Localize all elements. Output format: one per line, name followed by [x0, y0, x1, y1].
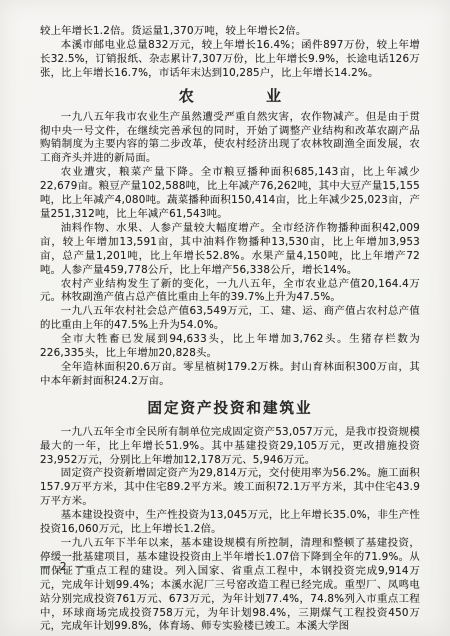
paragraph-productive-investment: 基本建设投资中，生产性投资为13,045万元，比上年增长35.0%，非生产性投资… — [40, 509, 420, 537]
scanned-document-page: 较上年增长1.2倍。货运量1,370万吨，较上年增长2倍。 本溪市邮电业总量83… — [0, 0, 450, 636]
paragraph-rural-structure: 农村产业结构发生了新的变化，一九八五年，全市农业总产值20,164.4万元。林牧… — [40, 278, 420, 306]
page-body-text: 较上年增长1.2倍。货运量1,370万吨，较上年增长2倍。 本溪市邮电业总量83… — [40, 25, 420, 634]
page-number: — 2 — — [40, 561, 89, 573]
paragraph-afforestation: 全年造林面积20.6万亩。零星植树179.2万株。封山育林面积300万亩，其中本… — [40, 361, 420, 389]
section-heading-fixed-investment: 固定资产投资和建筑业 — [40, 400, 420, 419]
paragraph-cash-crops: 油料作物、水果、人参产量较大幅度增产。全市经济作物播种面积42,009亩，较上年… — [40, 222, 420, 278]
paragraph-postal-telecom: 本溪市邮电业总量832万元，较上年增长16.4%；函件897万份，较上年增长32… — [40, 39, 420, 81]
paragraph-agriculture-overview: 一九八五年我市农业生产虽然遭受严重自然灾害，农作物减产。但是由于贯彻中央一号文件… — [40, 111, 420, 167]
paragraph-grain-output: 农业遭灾，粮菜产量下降。全市粮豆播种面积685,143亩，比上年减少22,679… — [40, 166, 420, 222]
paragraph-new-fixed-assets: 固定资产投资新增固定资产为29,814万元，交付使用率为56.2%。施工面积15… — [40, 467, 420, 509]
paragraph-key-projects: 一九八五年下半年以来，基本建设规模有所控制，清理和整顿了基建投资，停缓一批基建项… — [40, 537, 420, 634]
section-heading-agriculture: 农 业 — [40, 87, 420, 106]
paragraph-investment-total: 一九八五年全市全民所有制单位完成固定资产53,057万元，是我市投资规模最大的一… — [40, 426, 420, 468]
paragraph-freight-continuation: 较上年增长1.2倍。货运量1,370万吨，较上年增长2倍。 — [40, 25, 420, 39]
heading-char-right: 业 — [266, 87, 281, 106]
paragraph-livestock: 全市大牲畜已发展到94,633头，比上年增加3,762头。生猪存栏数为226,3… — [40, 333, 420, 361]
paragraph-rural-social-output: 一九八五年农村社会总产值63,549万元，工、建、运、商产值占农村总产值的比重由… — [40, 305, 420, 333]
heading-char-left: 农 — [179, 87, 194, 106]
